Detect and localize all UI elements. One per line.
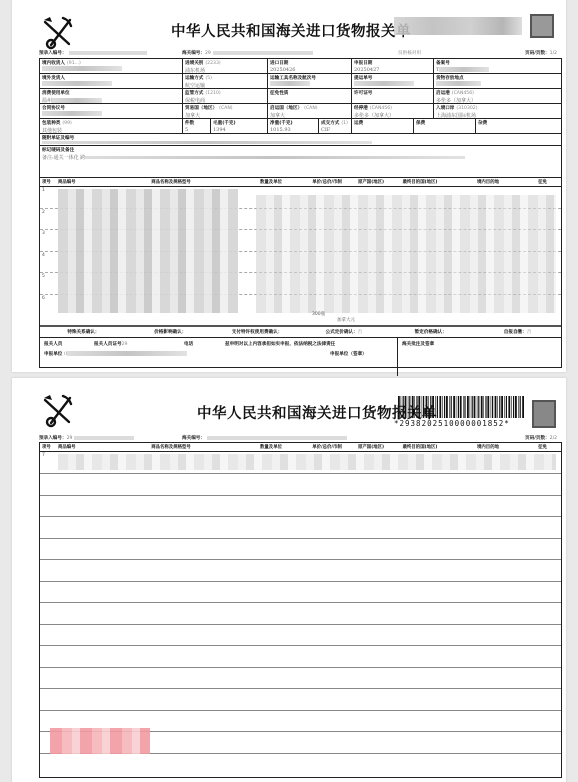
field-bill-no: 提运单号	[352, 74, 434, 88]
field-freight: 运费	[352, 119, 414, 133]
field-pieces: 件数 5	[183, 119, 211, 133]
field-declare-date: 申报日期 20250427	[352, 59, 434, 73]
declarant-section: 报关人员 报关人员证号29 电话 兹申明对以上内容承担如实申报、依法纳税之法律责…	[40, 338, 398, 376]
field-transport-tool: 运输工具名称及航次号	[268, 74, 352, 88]
barcode-redacted	[394, 17, 522, 35]
redacted-item-data	[58, 454, 556, 470]
redacted-item-names	[58, 189, 238, 313]
redacted-item-values	[256, 195, 556, 313]
page-indicator: 页码/页数：2/2	[525, 435, 557, 441]
currency: 加拿大元	[337, 317, 355, 323]
field-transit-port: 经停港(CAN456) 多伦多（加拿大）	[352, 104, 434, 118]
declaration-form-continued: 项号 商品编号 商品名称及规格型号 数量及单位 单价/总价/币制 原产国(地区)…	[39, 442, 562, 778]
table-row-empty	[40, 668, 561, 690]
field-trade-country: 贸易国（地区）(CAN) 加拿大	[183, 104, 268, 118]
field-deal-mode: 成交方式(1) CIF	[319, 119, 352, 133]
table-row-empty	[40, 539, 561, 561]
items-table-body: 7	[40, 452, 561, 754]
table-row-empty	[40, 474, 561, 496]
table-row-empty	[40, 517, 561, 539]
field-transport-mode: 运输方式(5) 航空运输	[183, 74, 268, 88]
customs-emblem-icon	[42, 392, 76, 428]
customs-number: 海关编号：	[182, 435, 347, 441]
field-tax-nature: 征免性质	[268, 89, 352, 103]
qr-code	[530, 14, 554, 38]
items-table-header: 项号 商品编号 商品名称及规格型号 数量及单位 单价/总价/币制 原产国(地区)…	[40, 178, 561, 187]
field-origin-country: 启运国（地区）(CAN) 加拿大	[268, 104, 352, 118]
pre-entry-number: 预录入编号：	[39, 50, 147, 56]
barcode	[398, 396, 526, 418]
confirmation-row: 特殊关系确认： 价格影响确认： 支付特许权使用费确认： 公式定价确认：否 暂定价…	[40, 325, 561, 338]
redacted-stamp	[50, 728, 150, 754]
total-quantity: 300瓶	[312, 311, 325, 317]
field-import-date: 进口日期 20250426	[268, 59, 352, 73]
table-row-empty	[40, 646, 561, 668]
field-package-type: 包装种类(99) 其他包装	[40, 119, 183, 133]
declaration-form: 境内收货人(91...) 进境关别(2233) 浦东机场 进口日期 202504…	[39, 58, 562, 368]
table-row-empty	[40, 689, 561, 711]
field-contract: 合同协议号	[40, 104, 183, 118]
field-attached-docs: 随附单证及编号	[40, 134, 561, 145]
customs-emblem-icon	[42, 14, 76, 50]
field-consignee: 境内收货人(91...)	[40, 59, 183, 73]
customs-number: 海关编号：29	[182, 50, 313, 56]
declaration-page-2: 中华人民共和国海关进口货物报关单 *2938202510000001852* 预…	[12, 378, 566, 782]
table-row-empty	[40, 582, 561, 604]
document-title: 中华人民共和国海关进口货物报关单	[171, 20, 411, 41]
table-row-empty	[40, 625, 561, 647]
table-row-empty	[40, 560, 561, 582]
customs-approval: 海关批注及签章	[398, 338, 561, 376]
items-table-body: 1 2 3 4 5 6 300瓶 加拿大元	[40, 187, 561, 318]
field-insurance: 保费	[414, 119, 476, 133]
field-consumer: 消费使用单位 温州	[40, 89, 183, 103]
field-marks-remarks: 标记唛码及备注 备注:通关一体化 跨	[40, 146, 561, 177]
field-shipper: 境外发货人	[40, 74, 183, 88]
field-storage-place: 货物存放地点	[434, 74, 561, 88]
barcode-text: *2938202510000001852*	[394, 419, 510, 428]
field-net-weight: 净重(千克) 1015.93	[268, 119, 319, 133]
declaration-page-1: 中华人民共和国海关进口货物报关单 预录入编号： 海关编号：29 仅供核对用 页码…	[12, 0, 566, 372]
field-supervision: 监管方式(1210) 保税电商	[183, 89, 268, 103]
table-row: 7	[40, 452, 561, 474]
field-entry-point: 入境口岸(310302) 上海浦东国际机场	[434, 104, 561, 118]
field-departure-port: 启运港(CAN456) 多伦多（加拿大）	[434, 89, 561, 103]
items-table-header: 项号 商品编号 商品名称及规格型号 数量及单位 单价/总价/币制 原产国(地区)…	[40, 443, 561, 452]
table-row-empty	[40, 496, 561, 518]
field-entry-port: 进境关别(2233) 浦东机场	[183, 59, 268, 73]
field-gross-weight: 毛重(千克) 1394	[211, 119, 268, 133]
field-record-no: 备案号 T	[434, 59, 561, 73]
qr-code	[532, 400, 556, 428]
field-license: 许可证号	[352, 89, 434, 103]
field-misc: 杂费	[476, 119, 561, 133]
table-row-empty	[40, 603, 561, 625]
signature-area: 报关人员 报关人员证号29 电话 兹申明对以上内容承担如实申报、依法纳税之法律责…	[40, 338, 561, 376]
watermark-note: 仅供核对用	[398, 50, 421, 56]
page-indicator: 页码/页数：1/2	[525, 50, 557, 56]
pre-entry-number: 预录入编号：29	[39, 435, 134, 441]
